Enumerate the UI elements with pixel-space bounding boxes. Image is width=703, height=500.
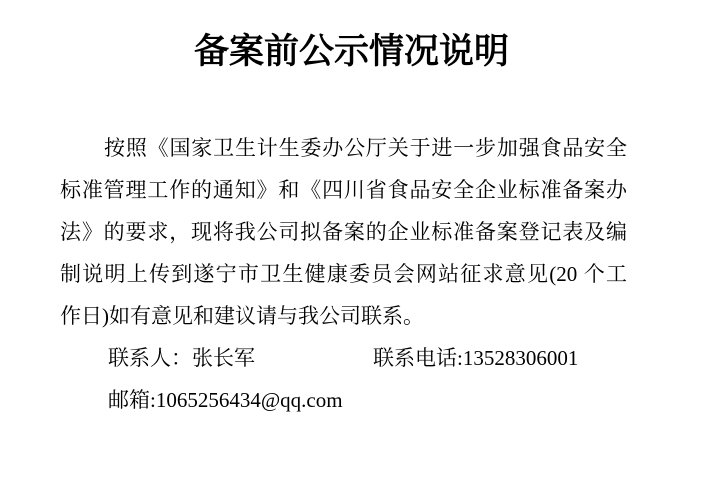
- contact-line: 联系人：张长军联系电话:13528306001: [60, 337, 627, 379]
- email-label: 邮箱:: [108, 388, 156, 412]
- contact-person-name: 张长军: [192, 346, 255, 370]
- paragraph-line-2: 标准管理工作的通知》和《四川省食品安全企业标准备案办: [60, 169, 627, 211]
- email-address: 1065256434@qq.com: [156, 388, 343, 412]
- paragraph-line-5: 作日)如有意见和建议请与我公司联系。: [60, 295, 627, 337]
- paragraph-line-1: 按照《国家卫生计生委办公厅关于进一步加强食品安全: [60, 127, 627, 169]
- document-page: 备案前公示情况说明 按照《国家卫生计生委办公厅关于进一步加强食品安全 标准管理工…: [0, 0, 703, 500]
- document-body: 按照《国家卫生计生委办公厅关于进一步加强食品安全 标准管理工作的通知》和《四川省…: [60, 127, 627, 421]
- paragraph-line-4: 制说明上传到遂宁市卫生健康委员会网站征求意见(20 个工: [60, 253, 627, 295]
- contact-phone-number: 13528306001: [463, 346, 579, 370]
- email-line: 邮箱:1065256434@qq.com: [60, 379, 627, 421]
- document-title: 备案前公示情况说明: [0, 32, 703, 72]
- contact-phone-label: 联系电话:: [373, 346, 463, 370]
- contact-person-label: 联系人：: [108, 346, 192, 370]
- paragraph-line-3: 法》的要求，现将我公司拟备案的企业标准备案登记表及编: [60, 211, 627, 253]
